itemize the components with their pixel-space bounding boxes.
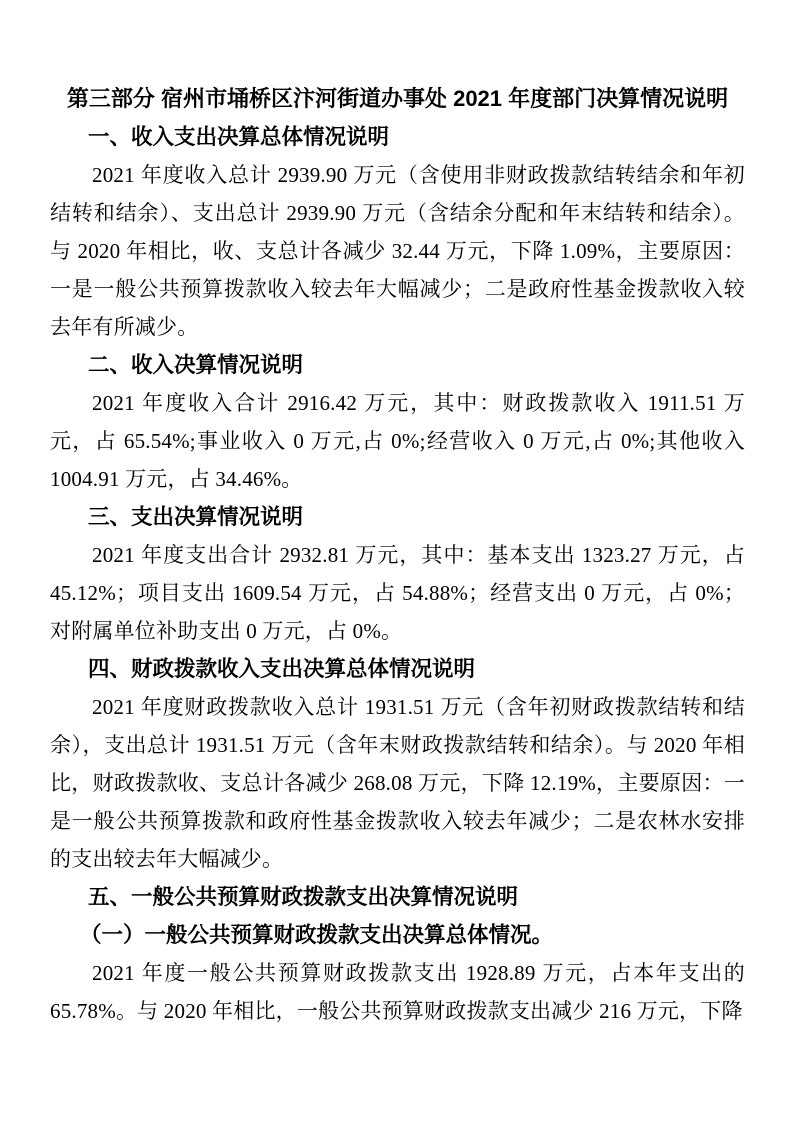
section-4-heading: 四、财政拨款收入支出决算总体情况说明 xyxy=(50,650,745,688)
section-1-heading: 一、收入支出决算总体情况说明 xyxy=(50,118,745,156)
section-2-heading: 二、收入决算情况说明 xyxy=(50,346,745,384)
section-1-paragraph: 2021 年度收入总计 2939.90 万元（含使用非财政拨款结转结余和年初结转… xyxy=(50,156,745,346)
document-page: 第三部分 宿州市埇桥区汴河街道办事处 2021 年度部门决算情况说明 一、收入支… xyxy=(0,0,793,1122)
section-4-paragraph: 2021 年度财政拨款收入总计 1931.51 万元（含年初财政拨款结转和结余）… xyxy=(50,688,745,878)
section-5-heading: 五、一般公共预算财政拨款支出决算情况说明 xyxy=(50,878,745,916)
section-3-heading: 三、支出决算情况说明 xyxy=(50,498,745,536)
section-5-paragraph: 2021 年度一般公共预算财政拨款支出 1928.89 万元，占本年支出的 65… xyxy=(50,954,745,1030)
document-title: 第三部分 宿州市埇桥区汴河街道办事处 2021 年度部门决算情况说明 xyxy=(50,80,745,118)
section-5-subheading-1: （一）一般公共预算财政拨款支出决算总体情况。 xyxy=(50,916,745,954)
section-3-paragraph: 2021 年度支出合计 2932.81 万元，其中：基本支出 1323.27 万… xyxy=(50,536,745,650)
section-2-paragraph: 2021 年度收入合计 2916.42 万元，其中：财政拨款收入 1911.51… xyxy=(50,384,745,498)
